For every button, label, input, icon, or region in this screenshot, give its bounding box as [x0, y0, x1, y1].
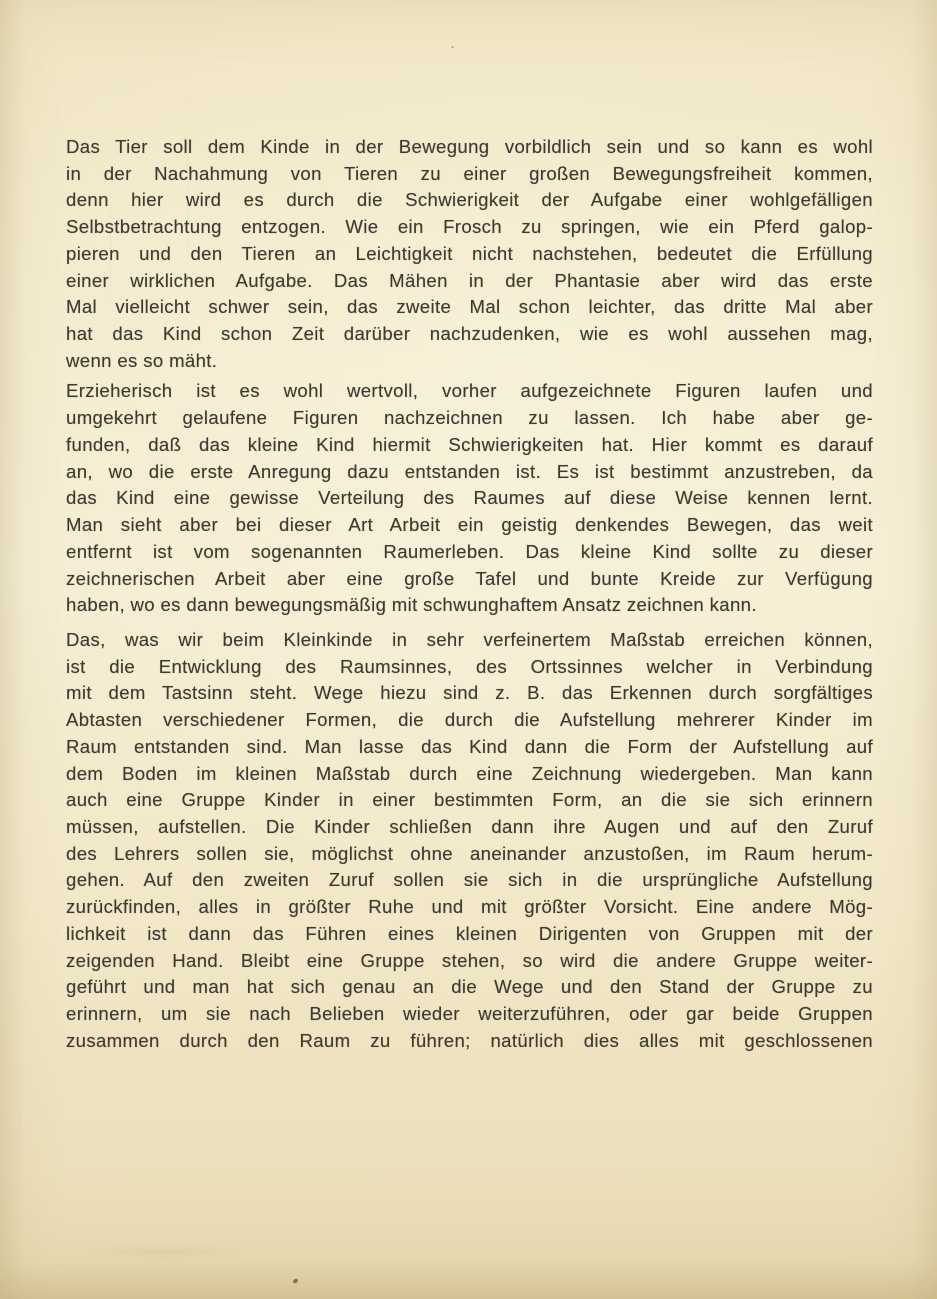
- text-line: in der Nachahmung von Tieren zu einer gr…: [66, 161, 873, 188]
- text-line: gehen. Auf den zweiten Zuruf sollen sie …: [66, 867, 873, 894]
- text-line: funden, daß das kleine Kind hiermit Schw…: [66, 432, 873, 459]
- text-line: denn hier wird es durch die Schwierigkei…: [66, 187, 873, 214]
- text-line: Erzieherisch ist es wohl wertvoll, vorhe…: [66, 378, 873, 405]
- paper-smudge: [80, 1244, 250, 1260]
- paragraph: Erzieherisch ist es wohl wertvoll, vorhe…: [66, 378, 873, 618]
- text-block: Das Tier soll dem Kinde in der Bewegung …: [66, 134, 873, 1054]
- text-line: zusammen durch den Raum zu führen; natür…: [66, 1028, 873, 1055]
- text-line: pieren und den Tieren an Leichtigkeit ni…: [66, 241, 873, 268]
- text-line: Das Tier soll dem Kinde in der Bewegung …: [66, 134, 873, 161]
- text-line: müssen, aufstellen. Die Kinder schließen…: [66, 814, 873, 841]
- text-line: entfernt ist vom sogenannten Raumerleben…: [66, 539, 873, 566]
- text-line: zeigenden Hand. Bleibt eine Gruppe stehe…: [66, 948, 873, 975]
- text-line: erinnern, um sie nach Belieben wieder we…: [66, 1001, 873, 1028]
- text-line: Das, was wir beim Kleinkinde in sehr ver…: [66, 627, 873, 654]
- text-line: Selbstbetrachtung entzogen. Wie ein Fros…: [66, 214, 873, 241]
- text-line: an, wo die erste Anregung dazu entstande…: [66, 459, 873, 486]
- paragraph: Das, was wir beim Kleinkinde in sehr ver…: [66, 627, 873, 1055]
- text-line: das Kind eine gewisse Verteilung des Rau…: [66, 485, 873, 512]
- text-line: Abtasten verschiedener Formen, die durch…: [66, 707, 873, 734]
- text-line: des Lehrers sollen sie, möglichst ohne a…: [66, 841, 873, 868]
- text-line: hat das Kind schon Zeit darüber nachzude…: [66, 321, 873, 348]
- text-line: haben, wo es dann bewegungsmäßig mit sch…: [66, 592, 873, 619]
- paragraph: Das Tier soll dem Kinde in der Bewegung …: [66, 134, 873, 374]
- text-line: zurückfinden, alles in größter Ruhe und …: [66, 894, 873, 921]
- text-line: einer wirklichen Aufgabe. Das Mähen in d…: [66, 268, 873, 295]
- text-line: ist die Entwicklung des Raumsinnes, des …: [66, 654, 873, 681]
- text-line: Raum entstanden sind. Man lasse das Kind…: [66, 734, 873, 761]
- scanned-page: Das Tier soll dem Kinde in der Bewegung …: [0, 0, 937, 1299]
- text-line: Mal vielleicht schwer sein, das zweite M…: [66, 294, 873, 321]
- text-line: mit dem Tastsinn steht. Wege hiezu sind …: [66, 680, 873, 707]
- text-line: Man sieht aber bei dieser Art Arbeit ein…: [66, 512, 873, 539]
- text-line: auch eine Gruppe Kinder in einer bestimm…: [66, 787, 873, 814]
- text-line: dem Boden im kleinen Maßstab durch eine …: [66, 761, 873, 788]
- text-line: geführt und man hat sich genau an die We…: [66, 974, 873, 1001]
- paper-speck: [292, 1278, 298, 1283]
- text-line: wenn es so mäht.: [66, 348, 873, 375]
- text-line: lichkeit ist dann das Führen eines klein…: [66, 921, 873, 948]
- text-line: umgekehrt gelaufene Figuren nachzeichnen…: [66, 405, 873, 432]
- text-line: zeichnerischen Arbeit aber eine große Ta…: [66, 566, 873, 593]
- paper-speck: [451, 46, 454, 48]
